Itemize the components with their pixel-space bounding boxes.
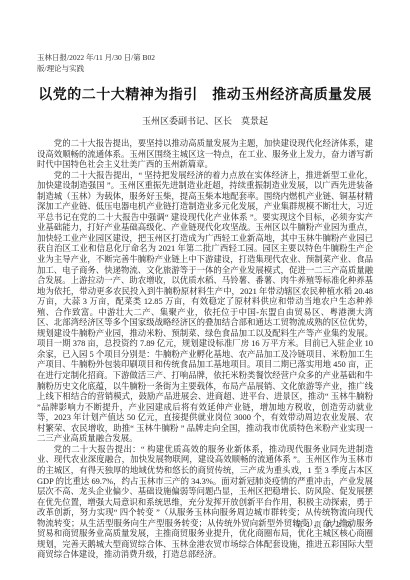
source-header: 玉林日报/2022 年/11 月/30 日/第 B02 版/理论与实践 <box>37 52 373 74</box>
paragraph-2: 党的二十大报告提出，“ 坚持把发展经济的着力点放在实体经济上，推进新型工业化，加… <box>37 171 373 445</box>
source-line-2: 版/理论与实践 <box>37 63 373 74</box>
page-number-indicator: 第 1 页 共 2 页 <box>295 519 353 530</box>
paragraph-3: 党的二十大报告提出：“ 构建优质高效的服务业新体系，推动现代服务业同先进制造业、… <box>37 445 373 561</box>
newspaper-article-page: 玉林日报/2022 年/11 月/30 日/第 B02 版/理论与实践 以党的二… <box>0 0 410 580</box>
source-line-1: 玉林日报/2022 年/11 月/30 日/第 B02 <box>37 52 373 63</box>
paragraph-1: 党的二十大报告提出，要坚持以推动高质量发展为主题，加快建设现代化经济体系，建设高… <box>37 139 373 171</box>
article-body: 党的二十大报告提出，要坚持以推动高质量发展为主题，加快建设现代化经济体系，建设高… <box>37 139 373 561</box>
article-title: 以党的二十大精神为指引 推动玉州经济高质量发展 <box>37 87 373 105</box>
article-byline: 玉州区委副书记、区长 莫景起 <box>37 114 373 127</box>
